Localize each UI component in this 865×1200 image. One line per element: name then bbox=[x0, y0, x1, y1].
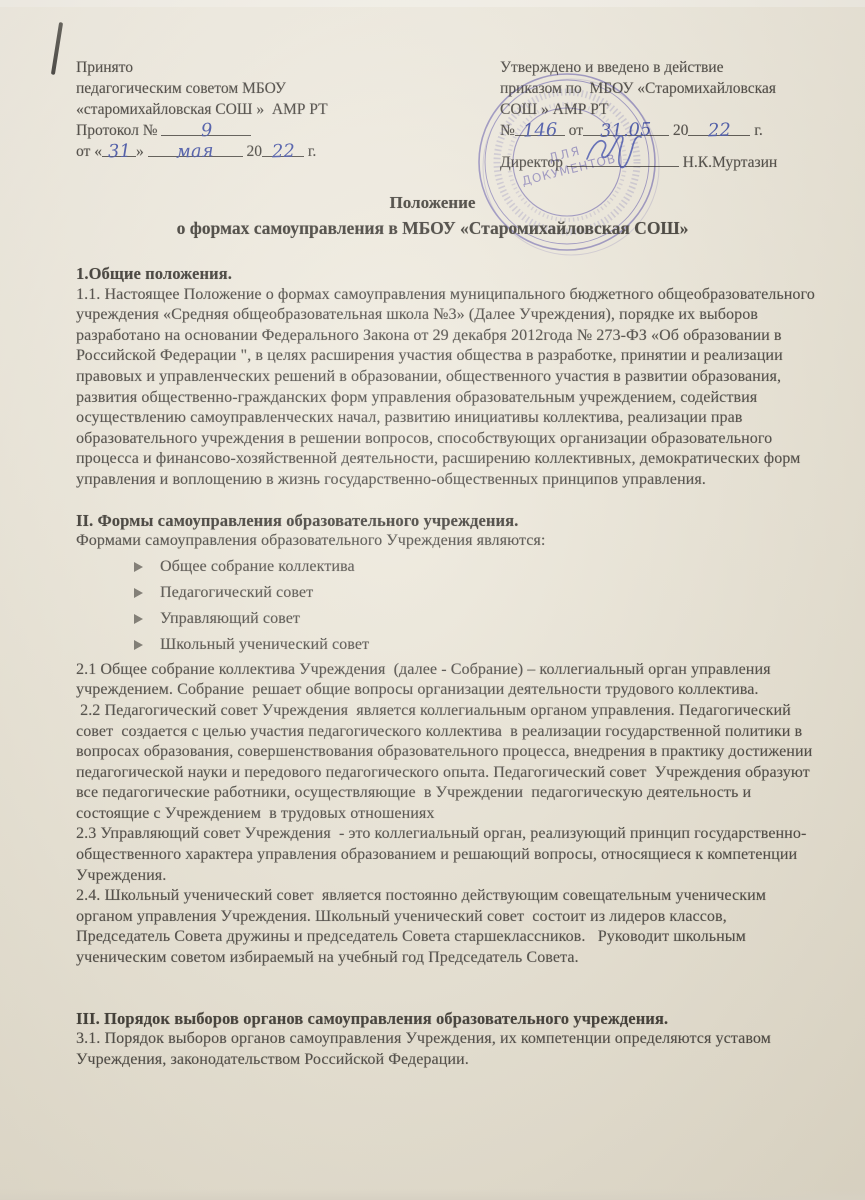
handwritten-year: 22 bbox=[271, 145, 294, 160]
paragraph-2-4: 2.4. Школьный ученический совет является… bbox=[76, 886, 817, 968]
handwritten-day: 31 bbox=[107, 145, 130, 160]
paragraph-3-1: 3.1. Порядок выборов органов самоуправле… bbox=[76, 1029, 817, 1070]
order-suffix: г. bbox=[750, 122, 762, 139]
list-item-label: Школьный ученический совет bbox=[160, 636, 369, 653]
month-blank: мая bbox=[148, 141, 243, 157]
date-prefix: от « bbox=[76, 143, 102, 160]
document-title: Положение о формах самоуправления в МБОУ… bbox=[0, 192, 865, 242]
scanned-document-page: Принято педагогическим советом МБОУ «ста… bbox=[0, 0, 865, 1200]
handwritten-protocol-number: 9 bbox=[200, 124, 212, 138]
director-signature bbox=[581, 129, 659, 171]
protocol-date-line: от «31» мая 2022 г. bbox=[76, 141, 416, 162]
scanner-bottom-edge bbox=[0, 1189, 865, 1200]
protocol-line: Протокол № 9 bbox=[76, 120, 416, 141]
arrow-bullet-icon bbox=[134, 640, 143, 650]
pen-mark bbox=[51, 22, 63, 75]
arrow-bullet-icon bbox=[134, 562, 143, 572]
approved-block: Утверждено и введено в действие приказом… bbox=[500, 57, 845, 173]
paragraph-2-2: 2.2 Педагогический совет Учреждения явля… bbox=[76, 701, 817, 825]
self-government-forms-list: Общее собрание коллектива Педагогический… bbox=[76, 554, 817, 658]
document-body: 1.Общие положения. 1.1. Настоящее Положе… bbox=[76, 264, 817, 1070]
handwritten-order-number: 146 bbox=[522, 123, 557, 138]
approved-line: СОШ » АМР РТ bbox=[500, 99, 845, 120]
order-year-blank: 22 bbox=[688, 120, 750, 136]
list-item-label: Педагогический совет bbox=[160, 584, 313, 601]
director-label: Директор bbox=[500, 154, 567, 171]
list-item-label: Общее собрание коллектива bbox=[160, 558, 355, 575]
list-item: Общее собрание коллектива bbox=[76, 554, 817, 580]
title-line-1: Положение bbox=[0, 192, 865, 214]
arrow-bullet-icon bbox=[134, 588, 143, 598]
title-line-2: о формах самоуправления в МБОУ «Старомих… bbox=[0, 214, 865, 242]
approved-line: приказом по МБОУ «Старомихайловская bbox=[500, 78, 845, 99]
section-3-heading: III. Порядок выборов органов самоуправле… bbox=[76, 1009, 817, 1030]
director-line: Директор Н.К.Муртазин bbox=[500, 151, 845, 173]
handwritten-order-year: 22 bbox=[708, 124, 731, 139]
order-number-label: № bbox=[500, 122, 515, 139]
paragraph-2-3: 2.3 Управляющий совет Учреждения - это к… bbox=[76, 824, 817, 886]
paragraph-1-1: 1.1. Настоящее Положение о формах самоуп… bbox=[76, 285, 817, 491]
year-blank: 22 bbox=[262, 141, 304, 157]
section-2-heading: II. Формы самоуправления образовательног… bbox=[76, 511, 817, 532]
protocol-number-blank: 9 bbox=[161, 120, 251, 136]
order-number-blank: 146 bbox=[515, 120, 565, 136]
date-mid: » bbox=[136, 143, 148, 160]
list-item: Школьный ученический совет bbox=[76, 632, 817, 658]
order-line: №146 от31.05 2022 г. bbox=[500, 120, 845, 141]
date-suffix: г. bbox=[304, 143, 316, 160]
scanner-top-edge bbox=[0, 0, 865, 7]
accepted-block: Принято педагогическим советом МБОУ «ста… bbox=[76, 57, 416, 162]
list-item-label: Управляющий совет bbox=[160, 610, 300, 627]
accepted-line: педагогическим советом МБОУ bbox=[76, 78, 416, 99]
arrow-bullet-icon bbox=[134, 614, 143, 624]
handwritten-month: мая bbox=[176, 144, 214, 159]
accepted-line: «старомихайловская СОШ » АМР РТ bbox=[76, 99, 416, 120]
approved-line: Утверждено и введено в действие bbox=[500, 57, 845, 78]
order-year-prefix: 20 bbox=[669, 122, 688, 139]
signature-area bbox=[567, 151, 679, 173]
director-name: Н.К.Муртазин bbox=[679, 154, 777, 171]
accepted-line: Принято bbox=[76, 57, 416, 78]
list-item: Педагогический совет bbox=[76, 580, 817, 606]
list-item: Управляющий совет bbox=[76, 606, 817, 632]
section-1-heading: 1.Общие положения. bbox=[76, 264, 817, 285]
day-blank: 31 bbox=[102, 141, 136, 157]
paragraph-2-1: 2.1 Общее собрание коллектива Учреждения… bbox=[76, 660, 817, 701]
protocol-label: Протокол № bbox=[76, 122, 161, 139]
year-prefix: 20 bbox=[243, 143, 262, 160]
section-2-intro: Формами самоуправления образовательного … bbox=[76, 531, 817, 552]
